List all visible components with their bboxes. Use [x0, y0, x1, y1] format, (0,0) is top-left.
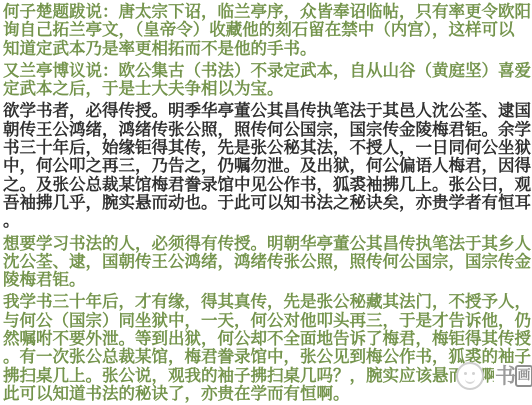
paragraph-vernacular-translation-1: 想要学习书法的人，必须得有传授。明朝华亭董公其昌传执笔法于其乡人 沈公荃、逮，国…	[3, 235, 532, 290]
text-line: 书三十年后，始缘钜得其传，先是张公秘其法，不授人，一日同何公坐狱	[3, 139, 532, 157]
paragraph-lanting-boyi-quote: 又兰亭博议说：欧公集古（书法）不录定武本，自从山谷（黄庭坚）喜爱 定武本之后，于…	[3, 62, 532, 99]
article-page: 何子楚题跋说：唐太宗下诏，临兰亭序，众皆奉诏临帖，只有率更令欧阳 询自己拓兰亭文…	[0, 0, 532, 405]
text-line: 朝传王公鸿绪，鸿绪传张公照，照传何公国宗，国宗传金陵梅君钜。余学	[3, 121, 532, 139]
text-line: 中，何公叩之再三，乃告之，仍嘱勿泄。及出狱，何公偏语人梅君，因得	[3, 157, 532, 175]
text-line: 又兰亭博议说：欧公集古（书法）不录定武本，自从山谷（黄庭坚）喜爱	[3, 62, 532, 80]
text-line: 此可以知道书法的秘诀了，亦贵在学而有恒啊。	[3, 385, 532, 403]
text-line: 拂扫桌几上。张公说，观我的袖子拂扫桌几吗？，腕实应该悬而动啊。于	[3, 367, 532, 385]
text-line: 。	[3, 212, 532, 230]
text-line: 想要学习书法的人，必须得有传授。明朝华亭董公其昌传执笔法于其乡人	[3, 235, 532, 253]
text-line: 吾袖拂几乎，腕实悬而动也。于此可以知书法之秘诀矣，亦贵学者有恒耳	[3, 194, 532, 212]
watermark-logo-eye-icon	[464, 372, 467, 375]
text-line: 然嘱咐不要外泄。等到出狱，何公却不全面地告诉了梅君，梅钜得其传授	[3, 330, 532, 348]
watermark-logo-mouth-icon	[465, 377, 475, 384]
text-line: 与何公（国宗）同坐狱中，一天，何公对他叩头再三，于是才告诉他，仍	[3, 312, 532, 330]
text-line: 定武本之后，于是士大夫争相以为宝。	[3, 80, 532, 98]
text-line: 沈公荃、逮，国朝传王公鸿绪，鸿绪传张公照，照传何公国宗，国宗传金	[3, 253, 532, 271]
watermark-text-shu: 书	[494, 363, 517, 389]
text-line: 何子楚题跋说：唐太宗下诏，临兰亭序，众皆奉诏临帖，只有率更令欧阳	[3, 3, 532, 21]
paragraph-classical-source-text: 欲学书者，必得传授。明季华亭董公其昌传执笔法于其邑人沈公荃、逮国 朝传王公鸿绪，…	[3, 102, 532, 230]
text-line: 之。及张公总裁某馆梅君誊录馆中见公作书，狐裘袖拂几上。张公曰，观	[3, 176, 532, 194]
text-line: 询自己拓兰亭文，（皇帝令）收藏他的刻石留在禁中（内宫），这样可以	[3, 21, 532, 39]
paragraph-vernacular-translation-2: 我学书三十年后，才有缘，得其真传，先是张公秘藏其法门，不授予人， 与何公（国宗）…	[3, 293, 532, 403]
watermark-seal-hua: 画	[515, 365, 532, 387]
text-line: 欲学书者，必得传授。明季华亭董公其昌传执笔法于其邑人沈公荃、逮国	[3, 102, 532, 120]
text-line: 知道定武本乃是率更相拓而不是他的手书。	[3, 40, 532, 58]
watermark-circle-logo-icon	[456, 362, 484, 390]
text-line: 。有一次张公总裁某馆，梅君誊录馆中，张公见到梅公作书，狐裘的袖子	[3, 348, 532, 366]
watermark-logo-eye-icon	[472, 372, 475, 375]
paragraph-he-zichu-colophon: 何子楚题跋说：唐太宗下诏，临兰亭序，众皆奉诏临帖，只有率更令欧阳 询自己拓兰亭文…	[3, 3, 532, 58]
text-line: 陵梅君钜。	[3, 271, 532, 289]
text-line: 我学书三十年后，才有缘，得其真传，先是张公秘藏其法门，不授予人，	[3, 293, 532, 311]
